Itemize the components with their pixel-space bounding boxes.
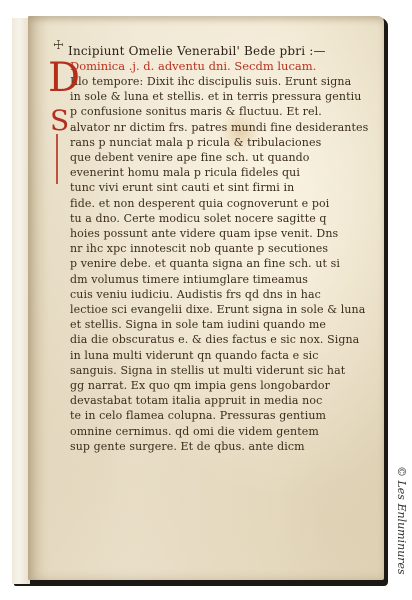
text-line: tunc vivi erunt sint cauti et sint firmi…: [50, 180, 350, 195]
text-line: in luna multi viderunt qn quando facta e…: [50, 348, 350, 363]
decorated-initial-d: D: [48, 58, 80, 98]
text-line: tu a dno. Certe modicu solet nocere sagi…: [50, 211, 350, 226]
manuscript-book: ☩ D S Incipiunt Omelie Venerabil' Bede p…: [12, 16, 390, 586]
text-line: que debent venire ape fine sch. ut quand…: [50, 150, 350, 165]
decorated-initial-s: S: [50, 106, 69, 136]
text-line: alvator nr dictim frs. patres mundi fine…: [50, 120, 350, 135]
text-line: sanguis. Signa in stellis ut multi vider…: [50, 363, 350, 378]
text-line: in sole & luna et stellis. et in terris …: [50, 89, 350, 104]
text-line: sup gente surgere. Et de qbus. ante dicm: [50, 439, 350, 454]
text-line: Illo tempore: Dixit ihc discipulis suis.…: [50, 74, 350, 89]
credit-text: © Les Enluminures: [395, 466, 408, 575]
text-line: omnine cernimus. qd omi die videm gentem: [50, 424, 350, 439]
text-line: evenerint homu mala p ricula fideles qui: [50, 165, 350, 180]
text-line: hoies possunt ante videre quam ipse veni…: [50, 226, 350, 241]
text-line: rans p nunciat mala p ricula & tribulaci…: [50, 135, 350, 150]
text-line: p venire debe. et quanta signa an fine s…: [50, 256, 350, 271]
text-line: dm volumus timere intiumglare timeamus: [50, 272, 350, 287]
parchment-page: ☩ D S Incipiunt Omelie Venerabil' Bede p…: [28, 16, 384, 580]
text-line: et stellis. Signa in sole tam iudini qua…: [50, 317, 350, 332]
initial-flourish: [56, 134, 58, 184]
text-line: cuis veniu iudiciu. Audistis frs qd dns …: [50, 287, 350, 302]
cross-mark-icon: ☩: [53, 38, 64, 52]
text-line: nr ihc xpc innotescit nob quante p secut…: [50, 241, 350, 256]
text-line: te in celo flamea colupna. Pressuras gen…: [50, 408, 350, 423]
rubric-line: Dominica .j. d. adventu dni. Secdm lucam…: [50, 58, 350, 74]
text-line: dia die obscuratus e. & dies factus e si…: [50, 332, 350, 347]
text-line: p confusione sonitus maris & fluctuu. Et…: [50, 104, 350, 119]
text-line: devastabat totam italia appruit in media…: [50, 393, 350, 408]
copyright-credit: © Les Enluminures: [391, 466, 411, 586]
text-line: fide. et non desperent quia cognoverunt …: [50, 196, 350, 211]
text-line: lectioe sci evangelii dixe. Erunt signa …: [50, 302, 350, 317]
manuscript-text-block: ☩ D S Incipiunt Omelie Venerabil' Bede p…: [50, 44, 350, 454]
text-line: gg narrat. Ex quo qm impia gens longobar…: [50, 378, 350, 393]
incipit-heading: Incipiunt Omelie Venerabil' Bede pbri :—: [50, 44, 350, 58]
